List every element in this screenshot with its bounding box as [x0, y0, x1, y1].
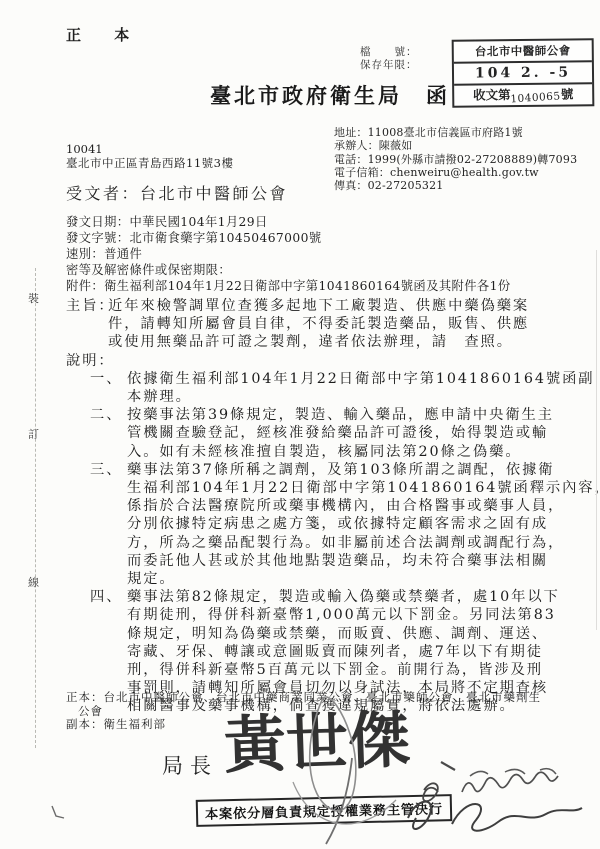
received-stamp-date: 104 2. -5: [454, 62, 592, 85]
agency-phone: 電話：1999(外縣市請撥02-27208889)轉7093: [334, 153, 577, 166]
scanned-official-letter: 正 本 檔 號： 保存年限： 台北市中醫師公會 104 2. -5 收文第104…: [0, 0, 600, 849]
pencil-note-stroke: [470, 769, 556, 776]
stray-pen-mark: [52, 806, 64, 818]
binding-mark-ding: 訂: [28, 426, 39, 442]
item-text: 而委託他人甚或於其他地點製造藥品，均未符合藥事法相關: [66, 552, 558, 570]
item-number: 四、: [90, 588, 127, 606]
item-text: 寄藏、牙保、轉讓或意圖販賣而陳列者，處7年以下有期徒: [66, 643, 558, 661]
speed-class: 速別：普通件: [66, 246, 511, 262]
recipient-line: 受文者：台北市中醫師公會: [66, 181, 288, 204]
subject-line: 主旨：近年來檢警調單位查獲多起地下工廠製造、供應中藥偽藥案: [66, 297, 558, 315]
recipient-street-address: 臺北市中正區青島西路11號3樓: [66, 155, 233, 171]
primary-recipients-line: 正本：台北市中醫師公會、台北市中藥商業同業公會、臺北市藥師公會、臺北市藥劑生: [66, 691, 541, 705]
item-text: 規定。: [66, 570, 558, 588]
pen-tick-mark: [441, 762, 455, 770]
agency-address: 地址：11008臺北市信義區市府路1號: [334, 126, 577, 139]
agency-fax: 傳真：02-27205321: [334, 179, 577, 192]
explanation-item-2: 二、按藥事法第39條規定，製造、輸入藥品，應申請中央衛生主: [66, 406, 558, 424]
item-text: 入。如有未經核准擅自製造，核屬同法第20條之偽藥。: [66, 443, 558, 461]
agency-contact-block: 地址：11008臺北市信義區市府路1號 承辦人：陳薇如 電話：1999(外縣市請…: [334, 126, 577, 192]
item-text: 刑，得併科新臺幣5百萬元以下罰金。前開行為，皆涉及刑: [66, 661, 558, 679]
retention-label: 保存年限：: [360, 59, 418, 72]
item-text: 條規定，明知為偽藥或禁藥，而販賣、供應、調劑、運送、: [66, 625, 558, 643]
explanation-item-4: 四、藥事法第82條規定，製造或輸入偽藥或禁藥者，處10年以下: [66, 588, 558, 606]
item-text: 按藥事法第39條規定，製造、輸入藥品，應申請中央衛生主: [127, 407, 554, 423]
explanation-item-3: 三、藥事法第37條所稱之調劑，及第103條所謂之調配，依據衛: [66, 461, 558, 479]
agency-email: 電子信箱：chenweiru@health.gov.tw: [334, 166, 577, 179]
letter-body: 主旨：近年來檢警調單位查獲多起地下工廠製造、供應中藥偽藥案 件，請轉知所屬會員自…: [66, 297, 558, 716]
document-title: 臺北市政府衛生局 函: [210, 80, 450, 110]
item-text: 依據衛生福利部104年1月22日衛部中字第1041860164號函副: [127, 371, 594, 387]
pencil-note-stroke: [462, 772, 558, 792]
received-stamp: 台北市中醫師公會 104 2. -5 收文第1040065號: [452, 38, 595, 107]
received-stamp-number: 收文第1040065號: [454, 84, 592, 105]
primary-recipients-text: 台北市中醫師公會、台北市中藥商業同業公會、臺北市藥師公會、臺北市藥劑生: [104, 690, 542, 704]
received-stamp-number-prefix: 收文第: [473, 87, 511, 102]
explanation-item-1: 一、依據衛生福利部104年1月22日衛部中字第1041860164號函副: [66, 370, 558, 388]
copy-recipients-label: 副本：: [66, 717, 104, 731]
received-stamp-number-handwritten: 1040065: [510, 86, 561, 105]
item-text: 係指於合法醫療院所或藥事機構內，由合格醫事或藥事人員，: [66, 497, 558, 515]
explanation-label: 說明：: [66, 352, 558, 370]
document-meta-block: 發文日期：中華民國104年1月29日 發文字號：北市衛食藥字第104504670…: [66, 214, 511, 294]
subject-text: 件，請轉知所屬會員自律，不得委託製造藥品，販售、供應: [66, 315, 558, 333]
item-text: 藥事法第37條所稱之調劑，及第103條所謂之調配，依據衛: [127, 462, 555, 478]
received-stamp-org: 台北市中醫師公會: [454, 40, 592, 63]
binding-dotted-line: [35, 268, 36, 748]
agency-officer: 承辦人：陳薇如: [334, 139, 577, 152]
recipient-zip: 10041: [66, 142, 103, 156]
file-number-block: 檔 號： 保存年限：: [360, 46, 418, 72]
item-text: 分別依據特定病患之處方箋，或依據特定顧客需求之固有成: [66, 515, 558, 533]
item-number: 一、: [90, 370, 127, 388]
subject-text: 或使用無藥品許可證之製劑，違者依法辦理，請 查照。: [66, 333, 558, 351]
security-class: 密等及解密條件或保密期限：: [66, 262, 511, 278]
received-stamp-number-suffix: 號: [561, 86, 574, 101]
issue-date: 發文日期：中華民國104年1月29日: [66, 214, 511, 230]
item-number: 三、: [90, 461, 127, 479]
item-text: 生福利部104年1月22日衛部中字第1041860164號函釋示內容，: [66, 479, 558, 497]
binding-mark-zhuang: 裝: [28, 290, 39, 306]
item-text: 管機關查驗登記，經核准發給藥品許可證後，始得製造或輸: [66, 424, 558, 442]
item-text: 方，所為之藥品配製行為。如非屬前述合法調劑或調配行為，: [66, 534, 558, 552]
subject-label: 主旨：: [66, 297, 108, 315]
director-signature: 黃世傑: [223, 709, 411, 777]
copy-recipients-text: 衛生福利部: [104, 717, 167, 731]
primary-recipients-label: 正本：: [66, 690, 104, 704]
subject-text: 近年來檢警調單位查獲多起地下工廠製造、供應中藥偽藥案: [108, 298, 529, 314]
item-text: 有期徒刑，得併科新臺幣1,000萬元以下罰金。另同法第83: [66, 606, 558, 624]
delegation-authority-stamp: 本案依分層負責規定授權業務主管決行: [196, 794, 452, 827]
item-text: 本辦理。: [66, 388, 558, 406]
file-number-label: 檔 號：: [360, 46, 418, 59]
item-text: 藥事法第82條規定，製造或輸入偽藥或禁藥者，處10年以下: [127, 589, 560, 605]
signer-title: 局長: [162, 750, 218, 780]
issue-number: 發文字號：北市衛食藥字第10450467000號: [66, 230, 511, 246]
scan-edge-artifact: [596, 250, 597, 630]
item-number: 二、: [90, 406, 127, 424]
copy-type-label: 正 本: [66, 24, 143, 45]
attachment-note: 附件：衛生福利部104年1月22日衛部中字第1041860164號函及其附件各1…: [66, 278, 511, 294]
binding-mark-xian: 線: [28, 574, 39, 590]
